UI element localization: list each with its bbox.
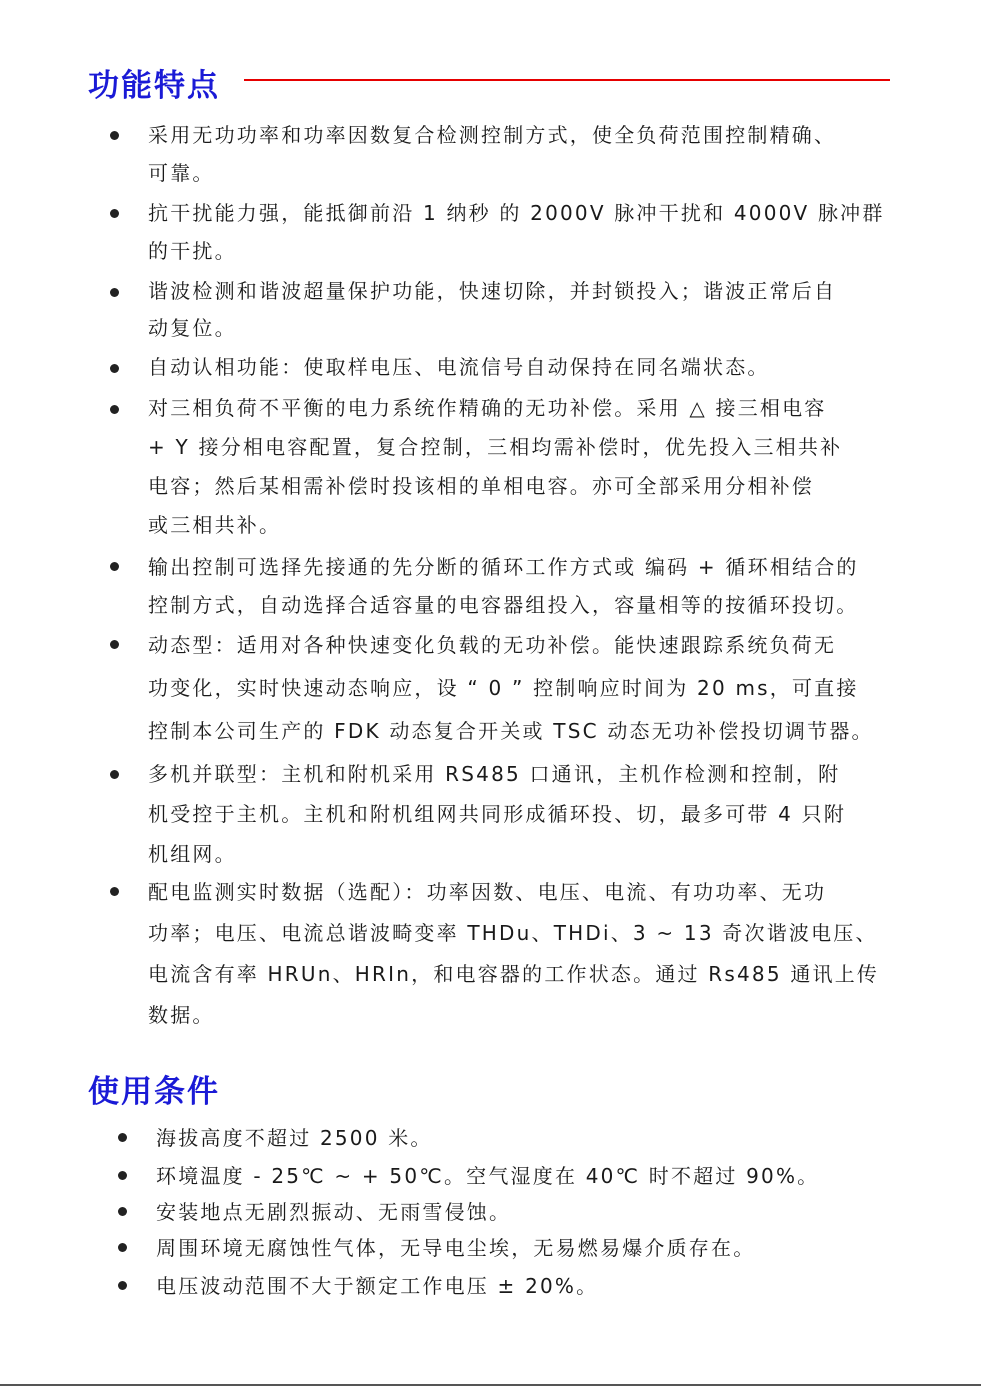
- footer-divider: [0, 1384, 981, 1386]
- bullet-icon: [110, 209, 119, 218]
- bullet-icon: [118, 1207, 127, 1216]
- bullet-icon: [110, 405, 119, 414]
- bullet-icon: [110, 131, 119, 140]
- list-item: 自动认相功能：使取样电压、电流信号自动保持在同名端状态。: [98, 349, 958, 389]
- conditions-list: 海拔高度不超过 2500 米。 环境温度 - 25℃ ~ + 50℃。空气湿度在…: [106, 1120, 966, 1305]
- list-item: 配电监测实时数据（选配）：功率因数、电压、电流、有功功率、无功 功率；电压、电流…: [98, 872, 958, 1038]
- list-item: 海拔高度不超过 2500 米。: [106, 1120, 966, 1158]
- bullet-icon: [118, 1281, 127, 1290]
- list-item: 安装地点无剧烈振动、无雨雪侵蚀。: [106, 1195, 966, 1231]
- bullet-icon: [118, 1243, 127, 1252]
- bullet-icon: [110, 770, 119, 779]
- features-list: 采用无功功率和功率因数复合检测控制方式，使全负荷范围控制精确、 可靠。 抗干扰能…: [98, 116, 958, 1038]
- list-item: 环境温度 - 25℃ ~ + 50℃。空气湿度在 40℃ 时不超过 90%。: [106, 1158, 966, 1195]
- bullet-icon: [118, 1133, 127, 1142]
- list-item: 周围环境无腐蚀性气体，无导电尘埃，无易燃易爆介质存在。: [106, 1231, 966, 1269]
- bullet-icon: [118, 1171, 127, 1180]
- bullet-icon: [110, 640, 119, 649]
- list-item: 输出控制可选择先接通的先分断的循环工作方式或 编码 + 循环相结合的 控制方式，…: [98, 548, 958, 624]
- list-item: 多机并联型：主机和附机采用 RS485 口通讯，主机作检测和控制，附 机受控于主…: [98, 754, 958, 872]
- conditions-heading: 使用条件: [88, 1066, 220, 1111]
- list-item: 采用无功功率和功率因数复合检测控制方式，使全负荷范围控制精确、 可靠。: [98, 116, 958, 194]
- list-item: 电压波动范围不大于额定工作电压 ± 20%。: [106, 1269, 966, 1305]
- list-item: 抗干扰能力强，能抵御前沿 1 纳秒 的 2000V 脉冲干扰和 4000V 脉冲…: [98, 194, 958, 273]
- bullet-icon: [110, 364, 119, 373]
- bullet-icon: [110, 562, 119, 571]
- list-item: 动态型：适用对各种快速变化负载的无功补偿。能快速跟踪系统负荷无 功变化，实时快速…: [98, 624, 958, 754]
- list-item: 谐波检测和谐波超量保护功能，快速切除，并封锁投入；谐波正常后自 动复位。: [98, 273, 958, 349]
- bullet-icon: [110, 288, 119, 297]
- bullet-icon: [110, 887, 119, 896]
- list-item: 对三相负荷不平衡的电力系统作精确的无功补偿。采用 △ 接三相电容 + Y 接分相…: [98, 389, 958, 548]
- heading-rule: [244, 79, 890, 81]
- features-heading: 功能特点: [88, 60, 220, 105]
